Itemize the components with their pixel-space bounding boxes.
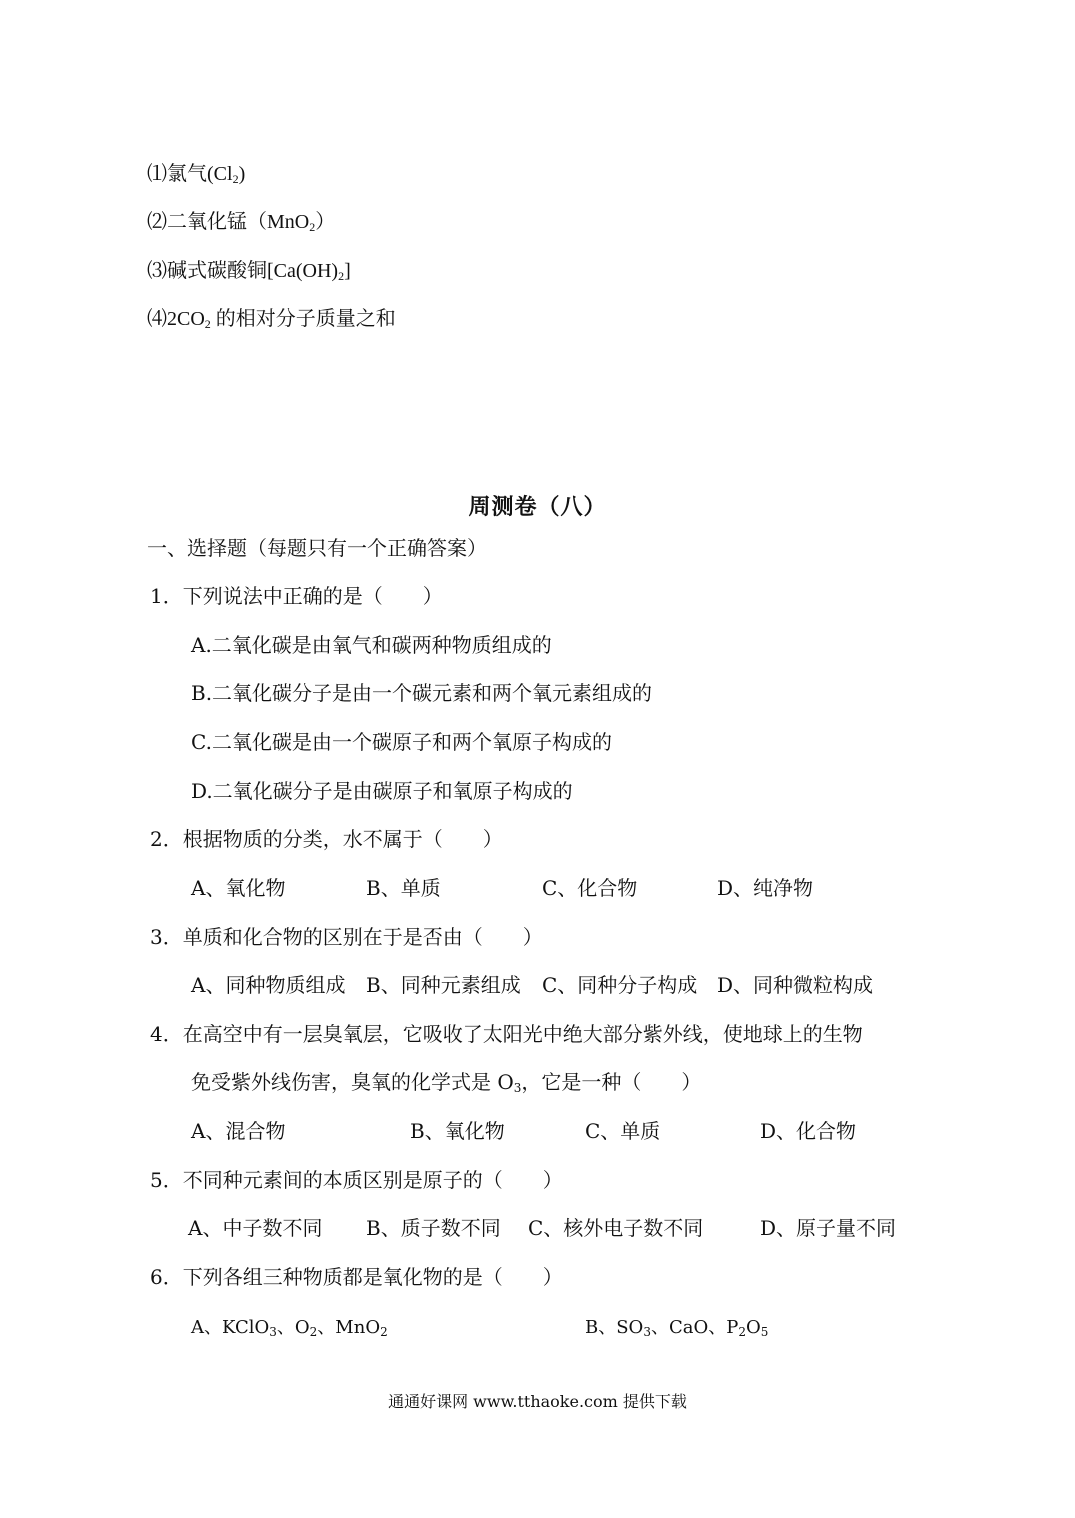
question-3-stem: 3．单质和化合物的区别在于是否由（ ） [150, 925, 543, 949]
question-4-option-b: B、氧化物 [410, 1119, 505, 1143]
question-5-option-b: B、质子数不同 [366, 1216, 501, 1240]
question-6-option-b: B、SO3、CaO、P2O5 [585, 1316, 768, 1340]
question-2-option-a: A、氧化物 [191, 876, 285, 900]
question-2-option-b: B、单质 [366, 876, 441, 900]
question-4-option-c: C、单质 [585, 1119, 660, 1143]
list-item-2co2-mass: ⑷2CO2 的相对分子质量之和 [147, 307, 396, 331]
question-4-stem: 4．在高空中有一层臭氧层，它吸收了太阳光中绝大部分紫外线，使地球上的生物 [150, 1022, 863, 1046]
question-4-option-d: D、化合物 [760, 1119, 856, 1143]
footer-credit: 通通好课网 www.tthaoke.com 提供下载 [0, 1391, 1075, 1413]
question-1-option-d: D.二氧化碳分子是由碳原子和氧原子构成的 [191, 779, 573, 803]
question-2-option-d: D、纯净物 [717, 876, 813, 900]
question-6-stem: 6．下列各组三种物质都是氧化物的是（ ） [150, 1265, 563, 1289]
question-2-option-c: C、化合物 [542, 876, 637, 900]
question-1-option-c: C.二氧化碳是由一个碳原子和两个氧原子构成的 [191, 730, 612, 754]
question-3-option-c: C、同种分子构成 [542, 973, 697, 997]
question-3-option-d: D、同种微粒构成 [717, 973, 873, 997]
question-2-stem: 2．根据物质的分类，水不属于（ ） [150, 827, 503, 851]
question-3-option-a: A、同种物质组成 [191, 973, 345, 997]
question-4-stem-continued: 免受紫外线伤害，臭氧的化学式是 O3，它是一种（ ） [191, 1070, 701, 1094]
question-3-option-b: B、同种元素组成 [366, 973, 521, 997]
question-4-option-a: A、混合物 [191, 1119, 285, 1143]
question-5-option-a: A、中子数不同 [188, 1216, 322, 1240]
list-item-basic-copper-carbonate: ⑶碱式碳酸铜[Ca(OH)2] [147, 259, 351, 283]
question-5-option-c: C、核外电子数不同 [528, 1216, 703, 1240]
question-5-stem: 5．不同种元素间的本质区别是原子的（ ） [150, 1168, 563, 1192]
list-item-chlorine: ⑴氯气(Cl2) [147, 162, 245, 186]
question-5-option-d: D、原子量不同 [760, 1216, 896, 1240]
question-1-stem: 1．下列说法中正确的是（ ） [150, 584, 443, 608]
question-1-option-b: B.二氧化碳分子是由一个碳元素和两个氧元素组成的 [191, 681, 652, 705]
list-item-manganese-dioxide: ⑵二氧化锰（MnO2） [147, 210, 335, 234]
question-1-option-a: A.二氧化碳是由氧气和碳两种物质组成的 [191, 633, 552, 657]
question-6-option-a: A、KClO3、O2、MnO2 [191, 1316, 388, 1340]
page-title: 周测卷（八） [0, 493, 1075, 521]
section-heading: 一、选择题（每题只有一个正确答案） [147, 536, 487, 560]
